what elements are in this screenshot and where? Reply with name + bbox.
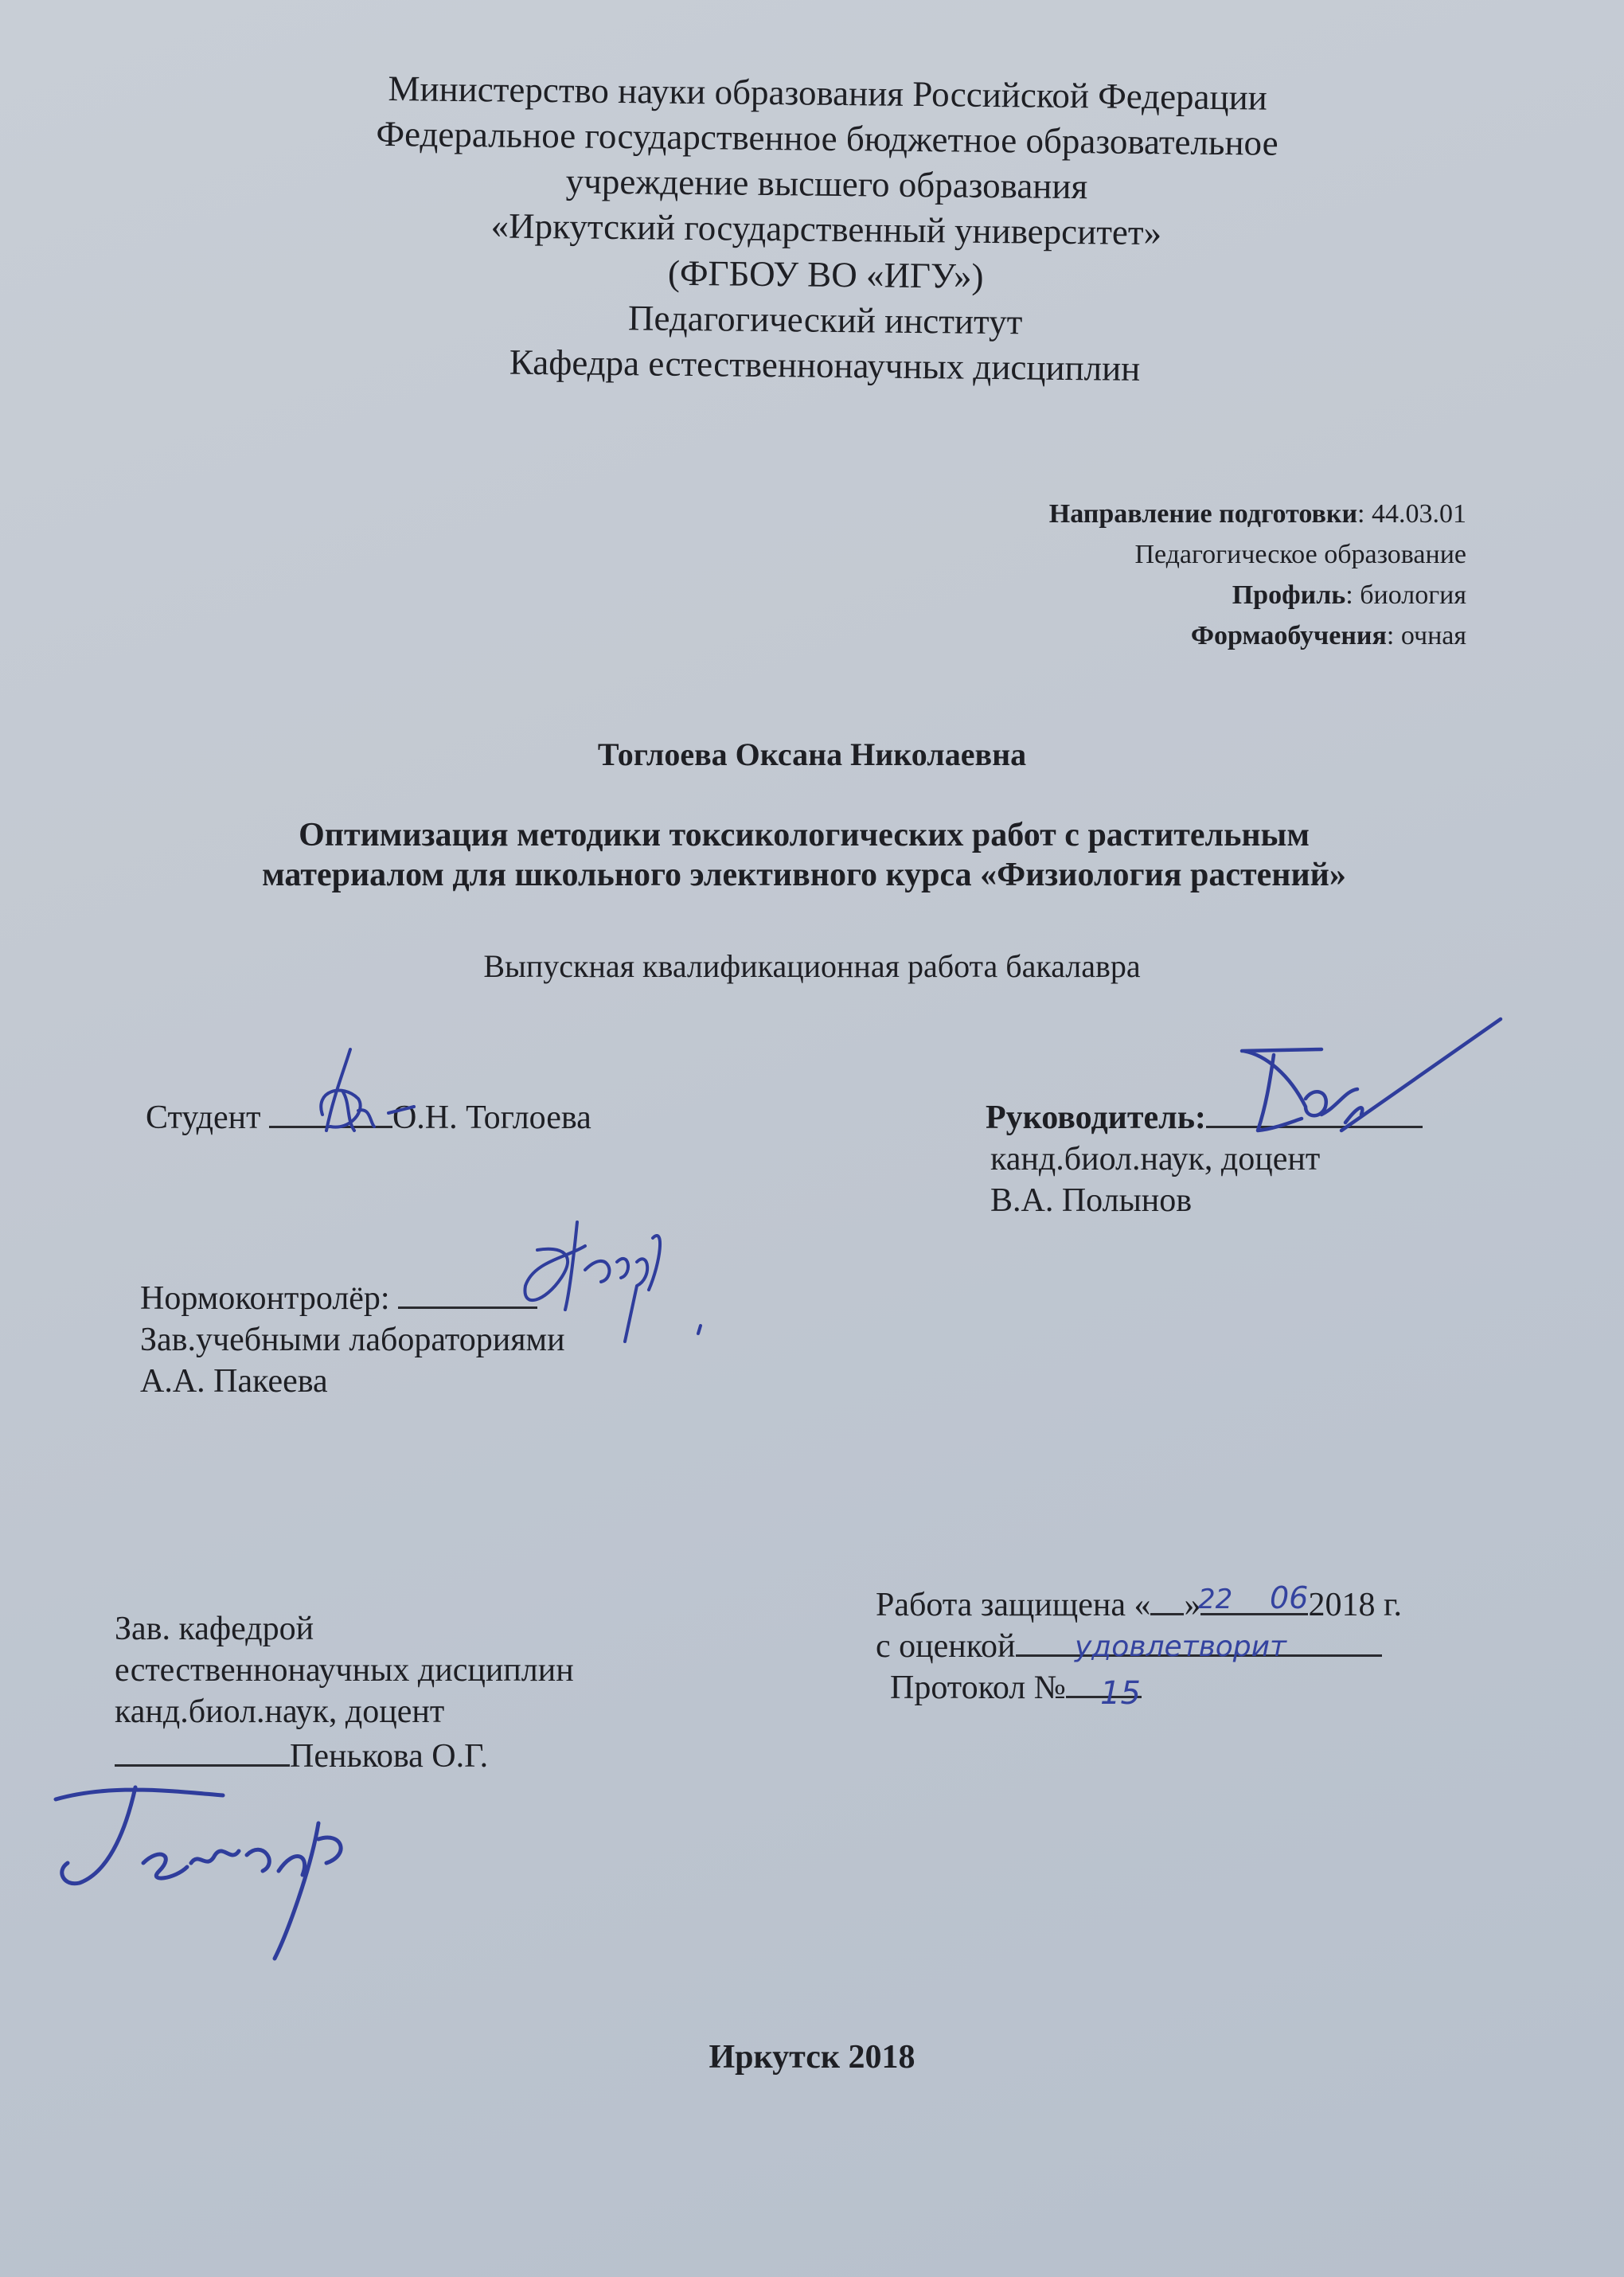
defense-grade-handwritten: удовлетворит (1074, 1631, 1287, 1663)
defense-protocol-handwritten: 15 (1100, 1675, 1141, 1712)
study-form-row: Формаобучения: очная (876, 615, 1466, 656)
direction-row: Направление подготовки: 44.03.01 (876, 494, 1466, 534)
study-form-value: : очная (1387, 621, 1466, 650)
thesis-title-line-2: материалом для школьного элективного кур… (119, 855, 1489, 895)
normcontroller-name: А.А. Пакеева (140, 1361, 565, 1402)
work-type: Выпускная квалификационная работа бакала… (0, 947, 1624, 985)
head-title-line-1: Зав. кафедрой (115, 1608, 574, 1650)
thesis-title-line-1: Оптимизация методики токсикологических р… (119, 815, 1489, 855)
author-name: Тоглоева Оксана Николаевна (0, 736, 1624, 773)
thesis-title: Оптимизация методики токсикологических р… (119, 815, 1489, 895)
student-label: Студент (146, 1099, 260, 1136)
institution-header: Министерство науки образования Российско… (307, 65, 1345, 394)
supervisor-label: Руководитель: (986, 1099, 1206, 1136)
defense-day-handwritten: 22 (1198, 1584, 1232, 1615)
normcontroller-signature-icon (490, 1214, 720, 1357)
student-signature-icon (295, 1043, 430, 1146)
profile-value: : биология (1345, 580, 1466, 610)
direction-name: Педагогическое образование (876, 534, 1466, 575)
head-title-line-2: естественнонаучных дисциплин (115, 1650, 574, 1691)
defense-month-handwritten: 06 (1270, 1580, 1308, 1615)
supervisor-signature-icon (1226, 1011, 1513, 1146)
head-of-department-block: Зав. кафедрой естественнонаучных дисципл… (115, 1608, 574, 1777)
head-degree: канд.биол.наук, доцент (115, 1691, 574, 1732)
study-program-info: Направление подготовки: 44.03.01 Педагог… (876, 494, 1466, 656)
supervisor-name: В.А. Полынов (986, 1180, 1423, 1221)
profile-label: Профиль (1232, 580, 1346, 610)
head-name: Пенькова О.Г. (290, 1738, 488, 1775)
defense-handwriting: 22 06 удовлетворит 15 (876, 1576, 1513, 1728)
profile-row: Профиль: биология (876, 575, 1466, 615)
city-year: Иркутск 2018 (0, 2038, 1624, 2076)
thesis-title-page: Министерство науки образования Российско… (0, 0, 1624, 2277)
head-name-row: Пенькова О.Г. (115, 1732, 574, 1777)
header-line-department: Кафедра естественнонаучных дисциплин (307, 338, 1343, 394)
normcontroller-label: Нормоконтролёр: (140, 1280, 390, 1317)
study-form-label: Формаобучения (1191, 621, 1387, 650)
head-signature-icon (48, 1775, 446, 1966)
head-signature-line (115, 1732, 290, 1767)
direction-value: : 44.03.01 (1357, 499, 1466, 529)
direction-label: Направление подготовки (1049, 499, 1357, 529)
